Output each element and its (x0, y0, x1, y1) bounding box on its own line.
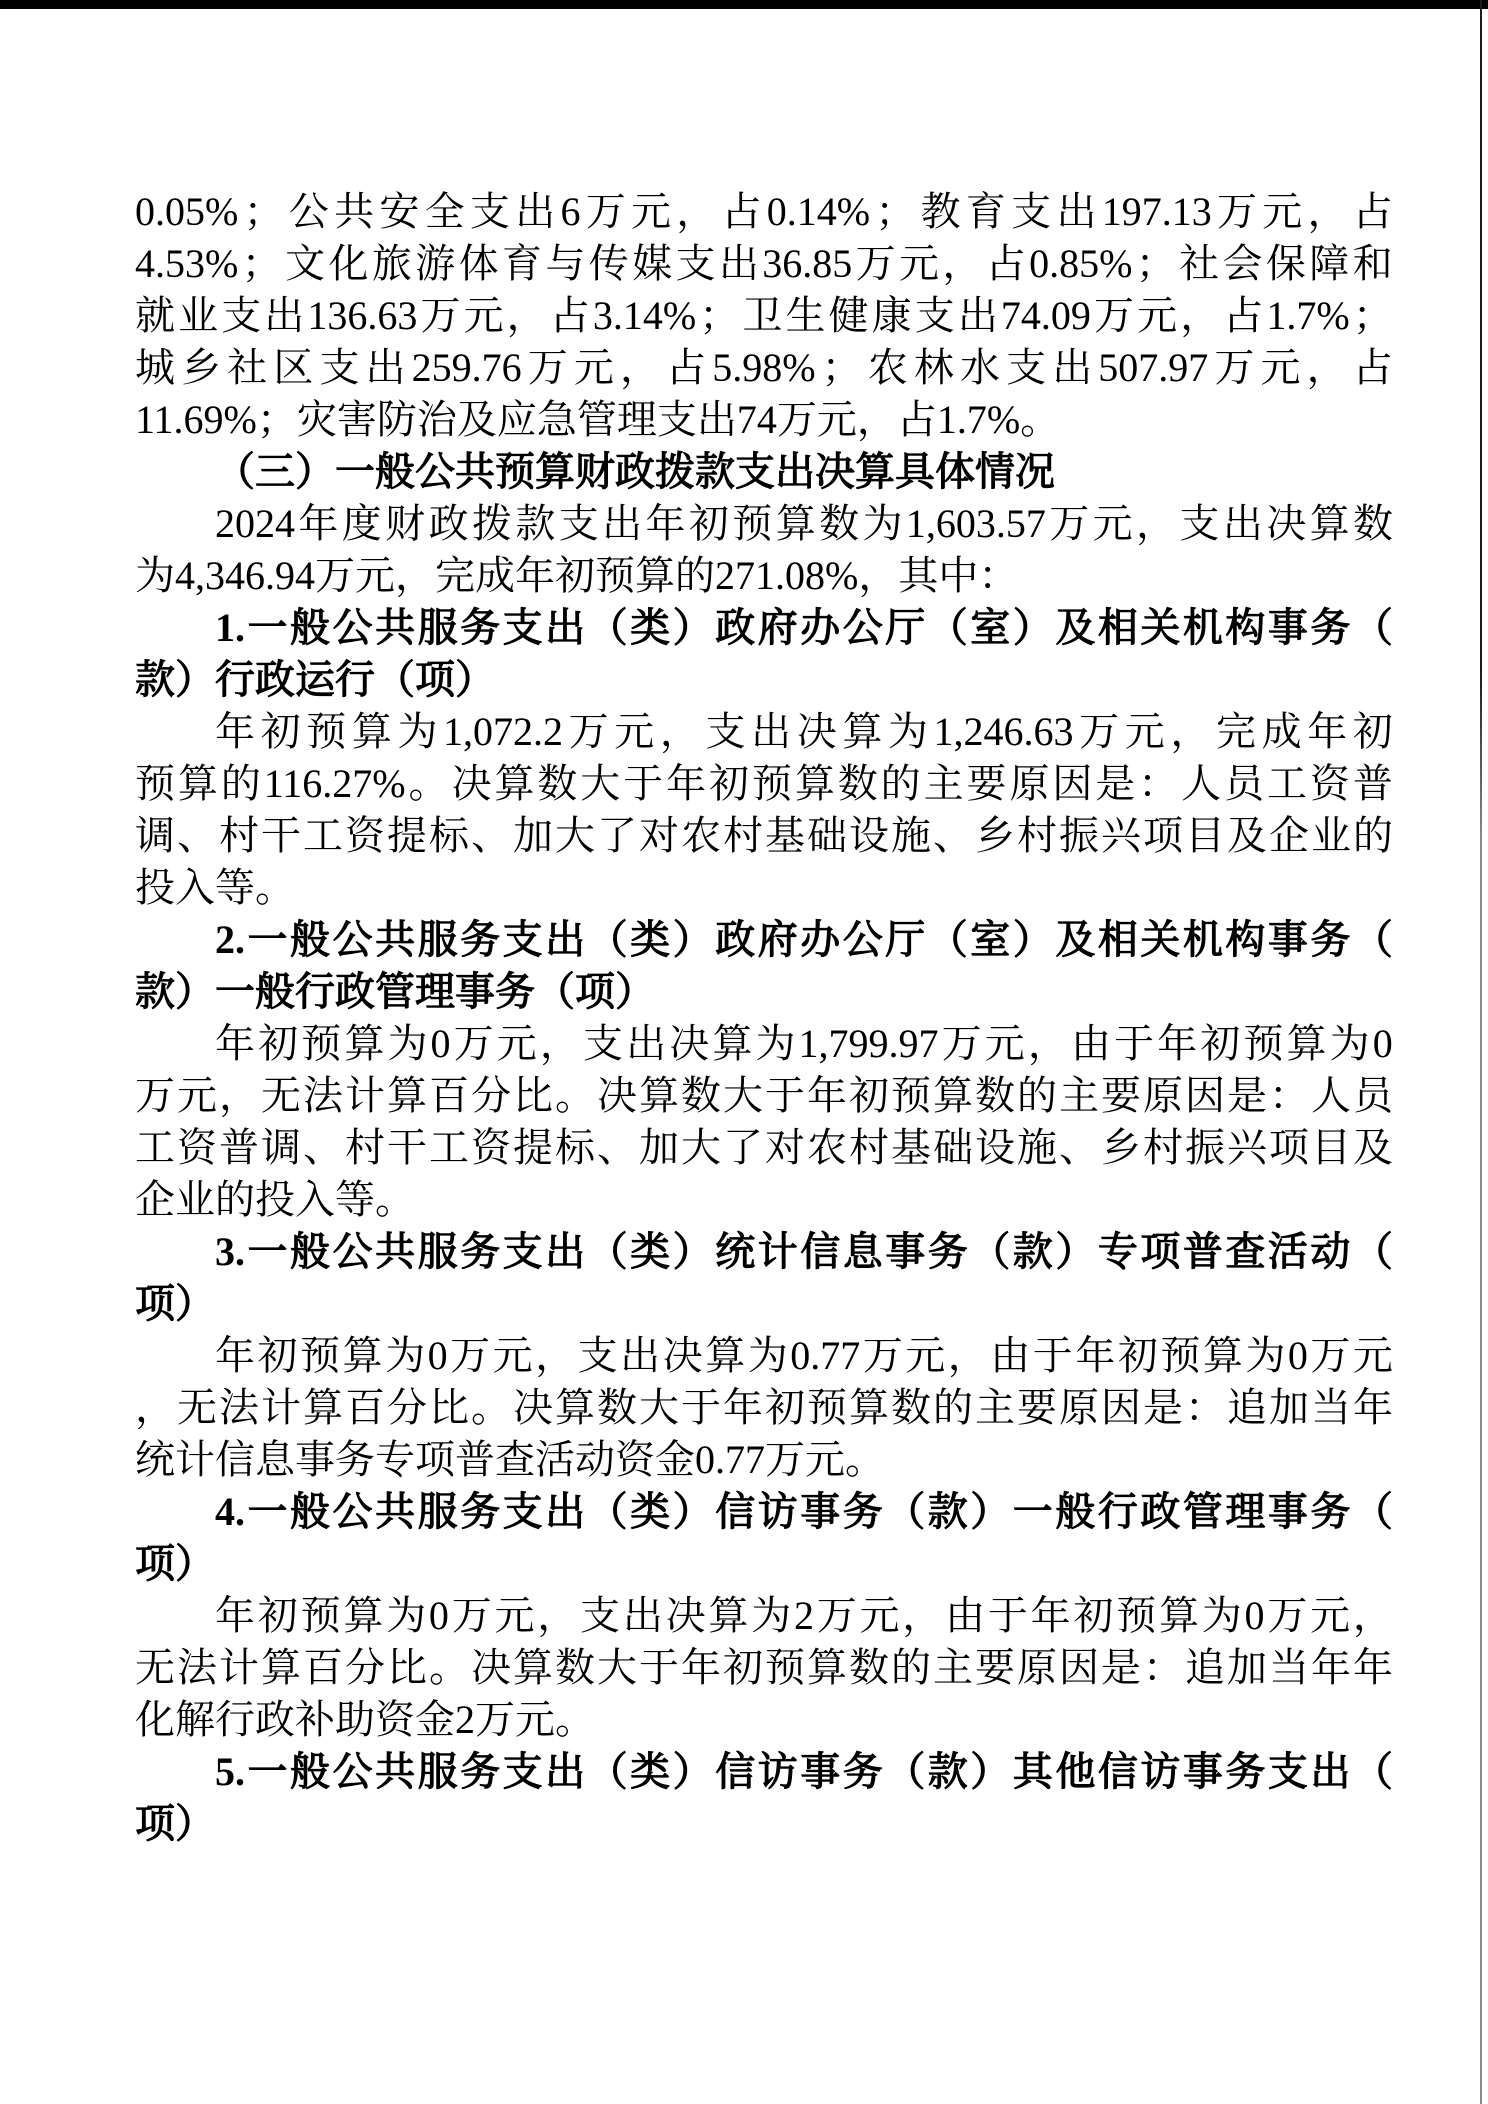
text-line: 企业的投入等。 (135, 1174, 1393, 1226)
text-line: 化解行政补助资金2万元。 (135, 1694, 1393, 1746)
text-line: 0.05%；公共安全支出6万元，占0.14%；教育支出197.13万元，占 (135, 186, 1393, 238)
text-line: 万元，无法计算百分比。决算数大于年初预算数的主要原因是：人员 (135, 1070, 1393, 1122)
page-top-edge (0, 0, 1488, 9)
text-line: 款）行政运行（项） (135, 654, 1393, 706)
text-line: 投入等。 (135, 862, 1393, 914)
text-line: 2024年度财政拨款支出年初预算数为1,603.57万元，支出决算数 (135, 498, 1393, 550)
text-line: 工资普调、村干工资提标、加大了对农村基础设施、乡村振兴项目及 (135, 1122, 1393, 1174)
text-line: 无法计算百分比。决算数大于年初预算数的主要原因是：追加当年年 (135, 1642, 1393, 1694)
text-line: 就业支出136.63万元，占3.14%；卫生健康支出74.09万元，占1.7%； (135, 290, 1393, 342)
text-line: 统计信息事务专项普查活动资金0.77万元。 (135, 1434, 1393, 1486)
text-line: 项） (135, 1798, 1393, 1850)
text-line: 4.一般公共服务支出（类）信访事务（款）一般行政管理事务（ (135, 1486, 1393, 1538)
text-line: 预算的116.27%。决算数大于年初预算数的主要原因是：人员工资普 (135, 758, 1393, 810)
text-line: 城乡社区支出259.76万元，占5.98%；农林水支出507.97万元，占 (135, 342, 1393, 394)
document-page: { "page": { "background": "#ffffff", "te… (0, 0, 1488, 2104)
text-line: 款）一般行政管理事务（项） (135, 966, 1393, 1018)
text-line: 4.53%；文化旅游体育与传媒支出36.85万元，占0.85%；社会保障和 (135, 238, 1393, 290)
text-line: ，无法计算百分比。决算数大于年初预算数的主要原因是：追加当年 (135, 1382, 1393, 1434)
text-line: 调、村干工资提标、加大了对农村基础设施、乡村振兴项目及企业的 (135, 810, 1393, 862)
page-right-edge (1480, 0, 1482, 2104)
text-line: 1.一般公共服务支出（类）政府办公厅（室）及相关机构事务（ (135, 602, 1393, 654)
text-line: 年初预算为1,072.2万元，支出决算为1,246.63万元，完成年初 (135, 706, 1393, 758)
document-text: 0.05%；公共安全支出6万元，占0.14%；教育支出197.13万元，占4.5… (135, 186, 1393, 1850)
text-line: （三）一般公共预算财政拨款支出决算具体情况 (135, 446, 1393, 498)
text-line: 年初预算为0万元，支出决算为0.77万元，由于年初预算为0万元 (135, 1330, 1393, 1382)
text-line: 2.一般公共服务支出（类）政府办公厅（室）及相关机构事务（ (135, 914, 1393, 966)
text-line: 项） (135, 1538, 1393, 1590)
text-line: 5.一般公共服务支出（类）信访事务（款）其他信访事务支出（ (135, 1746, 1393, 1798)
text-line: 项） (135, 1278, 1393, 1330)
text-line: 11.69%；灾害防治及应急管理支出74万元，占1.7%。 (135, 394, 1393, 446)
text-line: 年初预算为0万元，支出决算为1,799.97万元，由于年初预算为0 (135, 1018, 1393, 1070)
text-line: 3.一般公共服务支出（类）统计信息事务（款）专项普查活动（ (135, 1226, 1393, 1278)
text-line: 年初预算为0万元，支出决算为2万元，由于年初预算为0万元， (135, 1590, 1393, 1642)
text-line: 为4,346.94万元，完成年初预算的271.08%，其中： (135, 550, 1393, 602)
